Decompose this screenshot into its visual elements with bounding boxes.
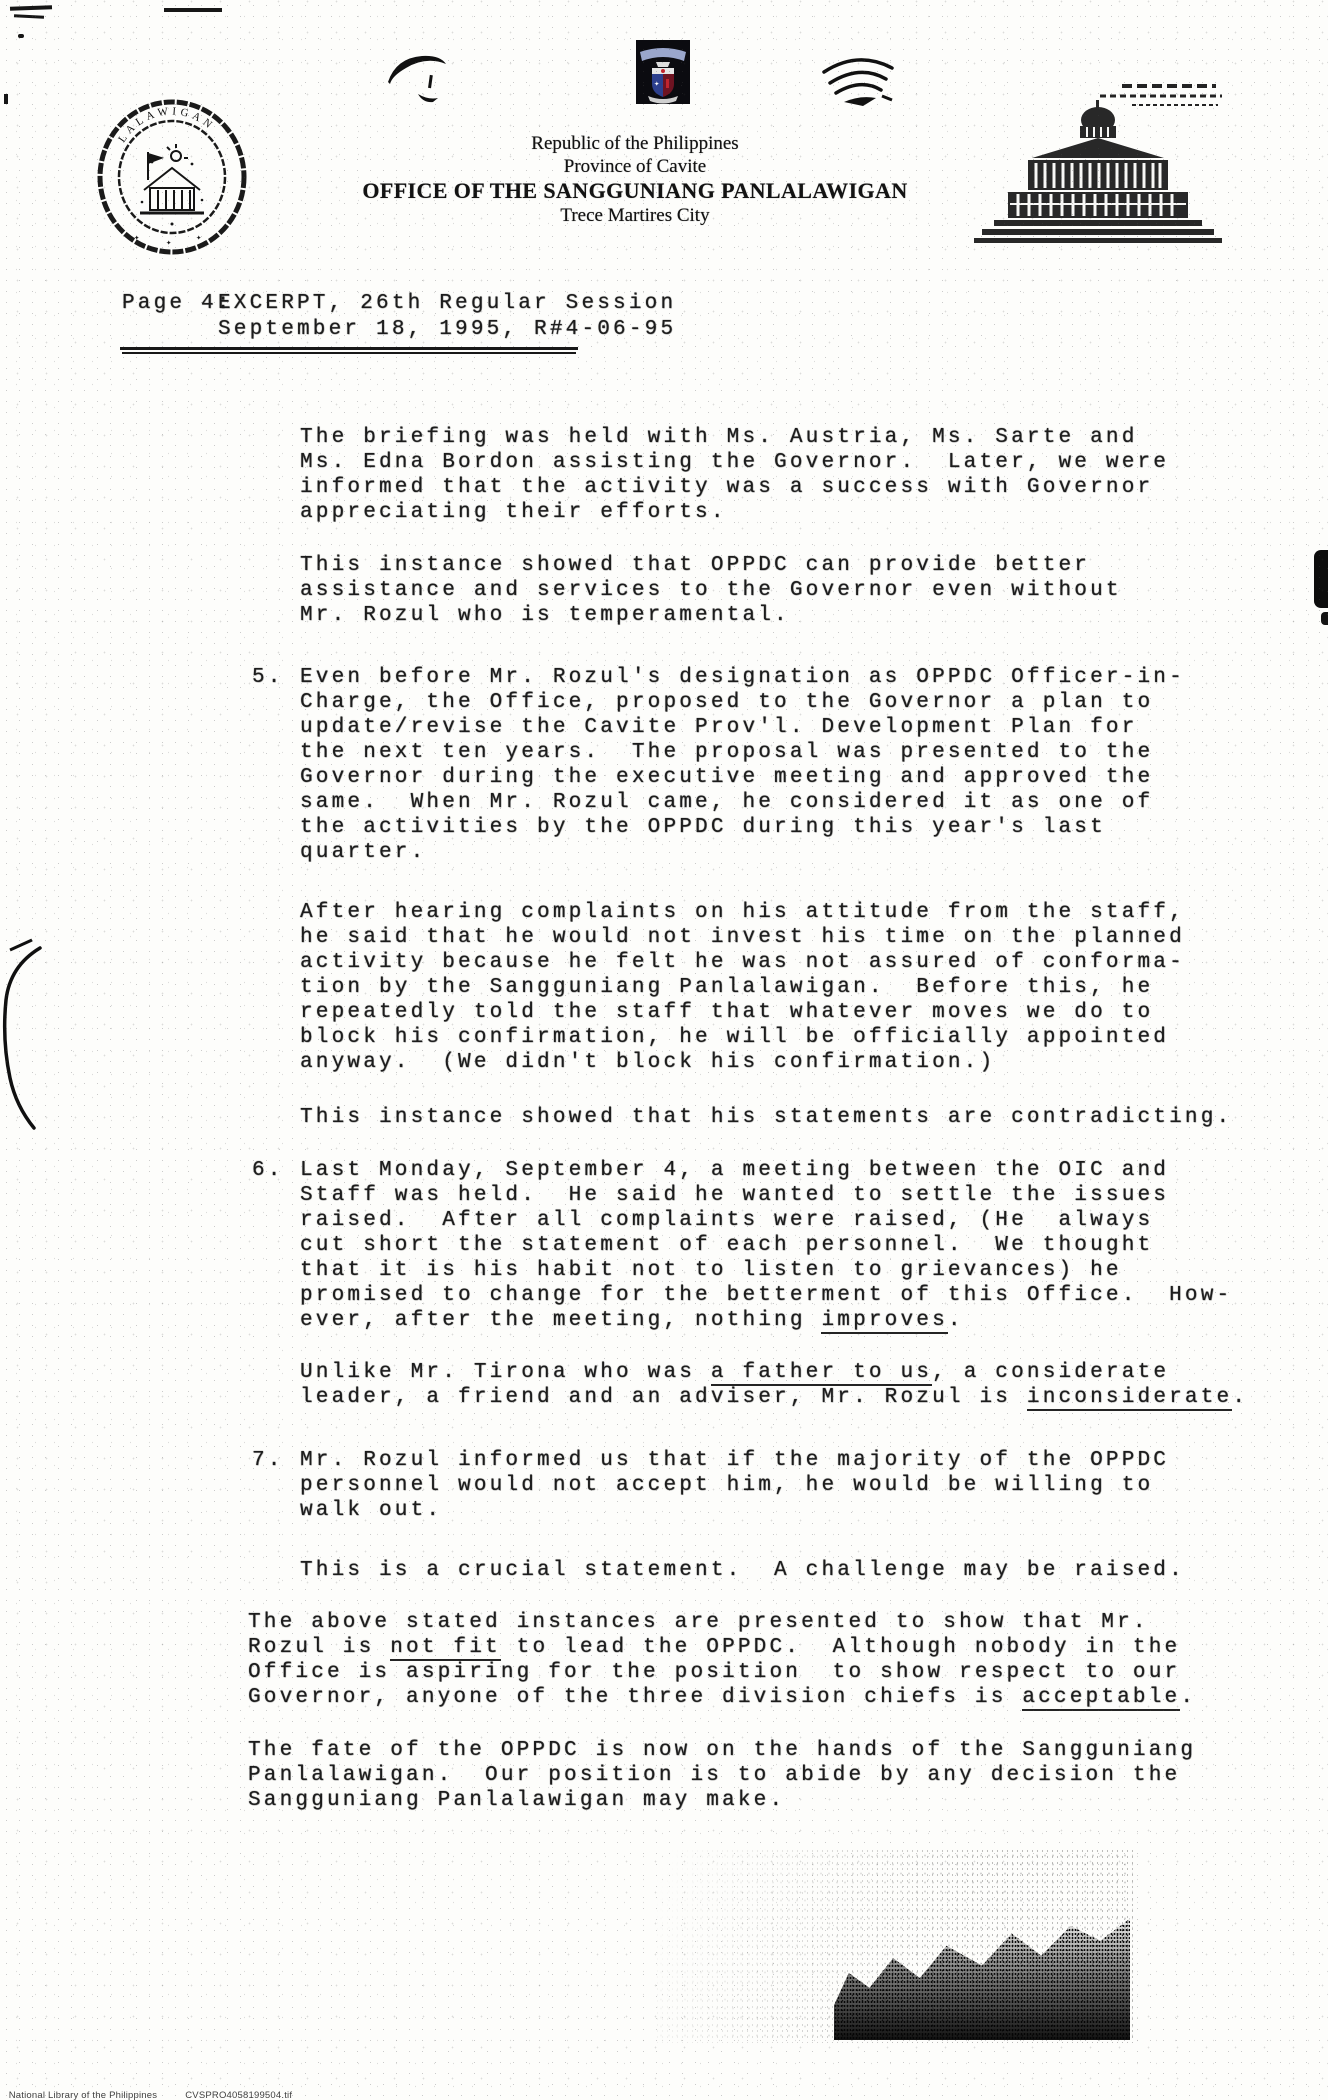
- session-date: September 18, 1995, R#4-06-95: [218, 317, 676, 342]
- scan-artifact: [14, 14, 44, 19]
- body-line: Governor during the executive meeting an…: [300, 765, 1328, 790]
- body-line: the next ten years. The proposal was pre…: [300, 740, 1328, 765]
- margin-pen-stroke: [0, 938, 48, 1136]
- body-line: The above stated instances are presented…: [248, 1610, 1328, 1635]
- body-line: Sangguniang Panlalawigan may make.: [248, 1788, 1328, 1813]
- paragraph: Unlike Mr. Tirona who was a father to us…: [300, 1360, 1328, 1410]
- body-line: anyway. (We didn't block his confirmatio…: [300, 1050, 1328, 1075]
- seal-inner-building: [140, 144, 204, 213]
- scan-artifact: [4, 94, 8, 104]
- session-title: EXCERPT, 26th Regular Session: [218, 291, 676, 316]
- letterhead-office: OFFICE OF THE SANGGUNIANG PANLALAWIGAN: [275, 178, 995, 204]
- body-line: Mr. Rozul informed us that if the majori…: [300, 1448, 1328, 1473]
- underlined-text: a father to us: [711, 1361, 932, 1386]
- scan-smudge-right-icon: [816, 48, 900, 110]
- paragraph: The briefing was held with Ms. Austria, …: [300, 425, 1328, 525]
- body-line: Ms. Edna Bordon assisting the Governor. …: [300, 450, 1328, 475]
- paragraph: The fate of the OPPDC is now on the hand…: [248, 1738, 1328, 1813]
- body-line: raised. After all complaints were raised…: [300, 1208, 1328, 1233]
- body-line: Last Monday, September 4, a meeting betw…: [300, 1158, 1328, 1183]
- numbered-paragraph: 6.Last Monday, September 4, a meeting be…: [300, 1158, 1328, 1333]
- body-line: Rozul is not fit to lead the OPPDC. Alth…: [248, 1635, 1328, 1660]
- letterhead-republic: Republic of the Philippines: [275, 132, 995, 155]
- body-line: same. When Mr. Rozul came, he considered…: [300, 790, 1328, 815]
- paragraph: This is a crucial statement. A challenge…: [300, 1558, 1328, 1583]
- body-line: Staff was held. He said he wanted to set…: [300, 1183, 1328, 1208]
- body-line: Governor, anyone of the three division c…: [248, 1685, 1328, 1710]
- crest-star: ✦: [654, 79, 660, 89]
- scanned-document-page: { "document": { "letterhead": { "line1":…: [0, 0, 1328, 2100]
- underlined-text: improves: [821, 1309, 947, 1334]
- body-line: Even before Mr. Rozul's designation as O…: [300, 665, 1328, 690]
- capitol-building-illustration: [972, 80, 1224, 250]
- building-top-dashes: [1100, 86, 1222, 105]
- body-line: Office is aspiring for the position to s…: [248, 1660, 1328, 1685]
- numbered-paragraph: 5.Even before Mr. Rozul's designation as…: [300, 665, 1328, 865]
- page-number-label: Page 4:: [122, 291, 233, 316]
- body-line: appreciating their efforts.: [300, 500, 1328, 525]
- header-rule: [120, 347, 578, 350]
- body-line: he said that he would not invest his tim…: [300, 925, 1328, 950]
- body-line: that it is his habit not to listen to gr…: [300, 1258, 1328, 1283]
- letterhead: Republic of the Philippines Province of …: [275, 132, 995, 227]
- body-line: Unlike Mr. Tirona who was a father to us…: [300, 1360, 1328, 1385]
- letterhead-province: Province of Cavite: [275, 155, 995, 178]
- page-header: Page 4: EXCERPT, 26th Regular Session Se…: [122, 291, 682, 355]
- underlined-text: not fit: [390, 1636, 501, 1661]
- paragraph: After hearing complaints on his attitude…: [300, 900, 1328, 1075]
- footer-filename: CVSPRO4058199504.tif: [185, 2090, 292, 2100]
- body-line: update/revise the Cavite Prov'l. Develop…: [300, 715, 1328, 740]
- svg-text:✦: ✦: [166, 238, 172, 248]
- underlined-text: acceptable: [1022, 1686, 1180, 1711]
- body-line: tion by the Sangguniang Panlalawigan. Be…: [300, 975, 1328, 1000]
- body-line: informed that the activity was a success…: [300, 475, 1328, 500]
- body-line: Panlalawigan. Our position is to abide b…: [248, 1763, 1328, 1788]
- body-line: walk out.: [300, 1498, 1328, 1523]
- body-line: The fate of the OPPDC is now on the hand…: [248, 1738, 1328, 1763]
- paragraph: This instance showed that OPPDC can prov…: [300, 553, 1328, 628]
- body-line: cut short the statement of each personne…: [300, 1233, 1328, 1258]
- paragraph: This instance showed that his statements…: [300, 1105, 1328, 1130]
- body-line: This is a crucial statement. A challenge…: [300, 1558, 1328, 1583]
- body-line: This instance showed that his statements…: [300, 1105, 1328, 1130]
- body-line: ever, after the meeting, nothing improve…: [300, 1308, 1328, 1333]
- document-body: The briefing was held with Ms. Austria, …: [0, 425, 1328, 1813]
- body-line: activity because he felt he was not assu…: [300, 950, 1328, 975]
- scan-artifact: [10, 5, 52, 10]
- underlined-text: inconsiderate: [1027, 1386, 1232, 1411]
- item-number: 6.: [252, 1158, 284, 1183]
- seal-texture-dots: ✦ ✦ ✦: [134, 161, 203, 248]
- body-line: leader, a friend and an adviser, Mr. Roz…: [300, 1385, 1328, 1410]
- body-line: The briefing was held with Ms. Austria, …: [300, 425, 1328, 450]
- numbered-paragraph: 7.Mr. Rozul informed us that if the majo…: [300, 1448, 1328, 1523]
- scan-artifact: [18, 34, 24, 38]
- body-line: Charge, the Office, proposed to the Gove…: [300, 690, 1328, 715]
- scan-edge-blob: [1321, 612, 1328, 625]
- scan-artifact: [164, 8, 222, 12]
- header-rule: [122, 352, 576, 354]
- body-line: personnel would not accept him, he would…: [300, 1473, 1328, 1498]
- archive-footer: National Library of the PhilippinesCVSPR…: [3, 2079, 292, 2100]
- svg-text:✦: ✦: [134, 233, 140, 243]
- body-line: repeatedly told the staff that whatever …: [300, 1000, 1328, 1025]
- body-line: assistance and services to the Governor …: [300, 578, 1328, 603]
- body-line: Mr. Rozul who is temperamental.: [300, 603, 1328, 628]
- item-number: 5.: [252, 665, 284, 690]
- svg-text:✦: ✦: [196, 233, 202, 243]
- footer-library-label: National Library of the Philippines: [9, 2090, 158, 2100]
- letterhead-city: Trece Martires City: [275, 204, 995, 227]
- body-line: block his confirmation, he will be offic…: [300, 1025, 1328, 1050]
- paragraph: The above stated instances are presented…: [248, 1610, 1328, 1710]
- provincial-seal: LALAWIGAN ✦ ✦ ✦: [92, 92, 252, 262]
- scan-edge-blob: [1314, 550, 1328, 608]
- body-line: the activities by the OPPDC during this …: [300, 815, 1328, 840]
- body-line: promised to change for the betterment of…: [300, 1283, 1328, 1308]
- scan-smudge-left-icon: [382, 48, 452, 104]
- body-line: This instance showed that OPPDC can prov…: [300, 553, 1328, 578]
- body-line: After hearing complaints on his attitude…: [300, 900, 1328, 925]
- item-number: 7.: [252, 1448, 284, 1473]
- body-line: quarter.: [300, 840, 1328, 865]
- philippine-crest-icon: ✦: [636, 40, 690, 104]
